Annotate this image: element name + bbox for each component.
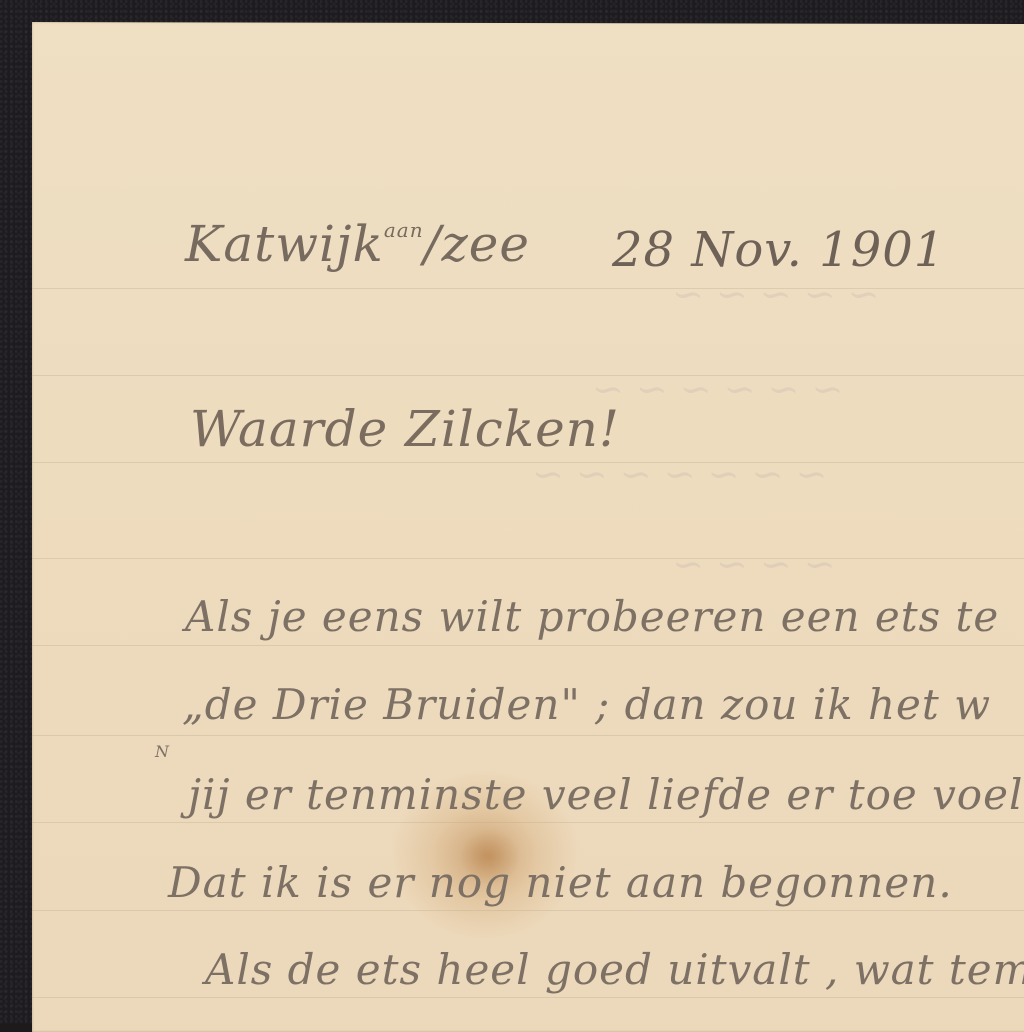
body-line: Als je eens wilt probeeren een ets te (185, 592, 999, 641)
place-suffix: aan (384, 218, 424, 242)
bleed-through-ink: ~ ~ ~ ~ ~ ~ (592, 367, 843, 411)
place-rest: /zee (424, 215, 530, 273)
body-line: jij er tenminste veel liefde er toe voel… (188, 770, 1024, 819)
ruled-line (32, 822, 1024, 823)
ruled-line (32, 558, 1024, 559)
ruled-line (32, 997, 1024, 998)
letter-date: 28 Nov. 1901 (612, 222, 945, 278)
ruled-line (32, 375, 1024, 376)
letter-place: Katwijkaan/zee (185, 215, 530, 273)
salutation: Waarde Zilcken! (190, 400, 620, 458)
ruled-line (32, 735, 1024, 736)
body-line: Dat ik is er nog niet aan begonnen. (168, 858, 953, 907)
bleed-through-ink: ~ ~ ~ ~ ~ (672, 272, 880, 316)
body-line: „de Drie Bruiden" ; dan zou ik het w (182, 680, 991, 729)
margin-mark: N (155, 742, 169, 761)
ruled-line (32, 910, 1024, 911)
bleed-through-ink: ~ ~ ~ ~ ~ ~ ~ (532, 452, 827, 496)
ruled-line (32, 462, 1024, 463)
bleed-through-ink: ~ ~ ~ ~ (672, 542, 836, 586)
body-line: Als de ets heel goed uitvalt , wat tem (205, 945, 1024, 994)
ruled-line (32, 645, 1024, 646)
